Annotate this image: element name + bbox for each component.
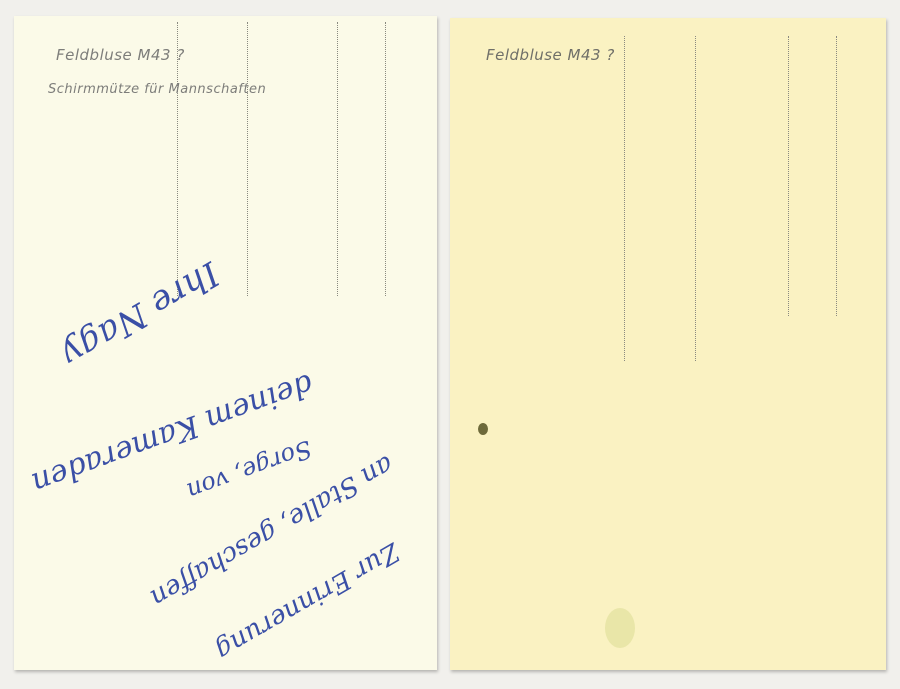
- handwriting-line: deinem Kameraden: [27, 366, 318, 500]
- pencil-note-title: Feldbluse M43 ?: [486, 46, 615, 64]
- address-line: [247, 22, 248, 296]
- address-line: [385, 22, 386, 296]
- postcard-right: Feldbluse M43 ?: [450, 18, 886, 670]
- address-line: [836, 36, 837, 316]
- address-line: [788, 36, 789, 316]
- handwriting-line: Ihre Nagy: [56, 253, 226, 374]
- address-line: [695, 36, 696, 361]
- stain-mark: [478, 423, 488, 435]
- address-line: [624, 36, 625, 361]
- pencil-note-subtitle: Schirmmütze für Mannschaften: [48, 82, 266, 97]
- pencil-note-title: Feldbluse M43 ?: [56, 46, 185, 64]
- address-line: [337, 22, 338, 296]
- postcard-left: Feldbluse M43 ? Schirmmütze für Mannscha…: [14, 16, 437, 670]
- handwriting-line: Sorge, von: [183, 435, 315, 506]
- stain-mark: [605, 608, 635, 648]
